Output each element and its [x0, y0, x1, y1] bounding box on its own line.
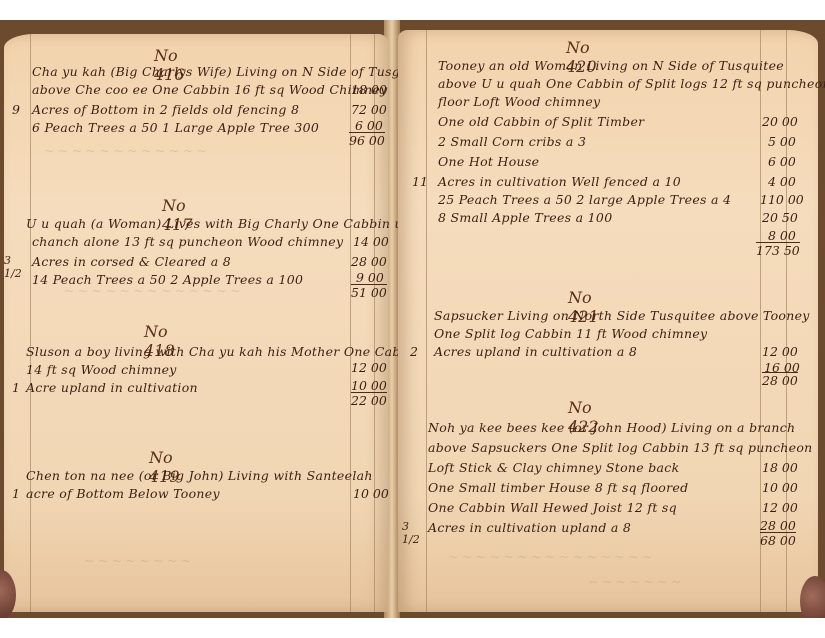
acreage: 1: [12, 380, 20, 395]
bleed-through-text: ~ ~ ~ ~ ~ ~ ~ ~ ~ ~ ~ ~: [44, 144, 207, 158]
acreage: 3 1/2: [402, 520, 420, 546]
amount: 10 00: [762, 480, 798, 495]
margin-rule: [426, 30, 427, 612]
entry-line: Loft Stick & Clay chimney Stone back: [428, 460, 679, 475]
entry-line: Acres of Bottom in 2 fields old fencing …: [32, 102, 299, 117]
amount: 10 00: [353, 486, 389, 501]
amount: 8 00: [768, 228, 796, 243]
entry-line: Noh ya kee bees kee (or John Hood) Livin…: [428, 420, 795, 435]
entry-line: 14 ft sq Wood chimney: [26, 362, 177, 377]
entry-line: Chen ton na nee (or Big John) Living wit…: [26, 468, 373, 483]
amount: 20 50: [762, 210, 798, 225]
entry-line: One Split log Cabbin 11 ft Wood chimney: [434, 326, 707, 341]
entry-line: Acres in cultivation Well fenced a 10: [438, 174, 681, 189]
entry-line: One Cabbin Wall Hewed Joist 12 ft sq: [428, 500, 677, 515]
amount: 10 00: [351, 378, 387, 393]
acreage: 11: [412, 174, 428, 189]
entry-line: Tooney an old Woman Living on N Side of …: [438, 58, 784, 73]
left-page: ~ ~ ~ ~ ~ ~ ~ ~ ~ ~ ~ ~ ~ ~ ~ ~ ~ ~ ~ ~ …: [4, 34, 388, 612]
right-page: ~ ~ ~ ~ ~ ~ ~ ~ ~ ~ ~ ~ ~ ~ ~ ~ ~ ~ ~ ~ …: [398, 30, 818, 612]
entry-line: Acres upland in cultivation a 8: [434, 344, 637, 359]
entry-line: Sluson a boy living with Cha yu kah his …: [26, 344, 422, 359]
bleed-through-text: ~ ~ ~ ~ ~ ~ ~ ~: [84, 554, 191, 568]
acreage: 1: [12, 486, 20, 501]
entry-total: 173 50: [756, 242, 800, 258]
amount: 110 00: [760, 192, 804, 207]
entry-line: U u quah (a Woman) Lives with Big Charly…: [26, 216, 411, 231]
entry-line: 6 Peach Trees a 50 1 Large Apple Tree 30…: [32, 120, 319, 135]
acreage: 3 1/2: [4, 254, 22, 280]
entry-line: chanch alone 13 ft sq puncheon Wood chim…: [32, 234, 343, 249]
amount: 72 00: [351, 102, 387, 117]
entry-line: One old Cabbin of Split Timber: [438, 114, 644, 129]
entry-line: floor Loft Wood chimney: [438, 94, 600, 109]
amount: 6 00: [355, 118, 383, 133]
dollar-column-rule: [350, 34, 351, 612]
entry-line: 14 Peach Trees a 50 2 Apple Trees a 100: [32, 272, 303, 287]
amount: 18 00: [351, 82, 387, 97]
amount: 28 00: [351, 254, 387, 269]
entry-line: 2 Small Corn cribs a 3: [438, 134, 586, 149]
ledger-photo: ~ ~ ~ ~ ~ ~ ~ ~ ~ ~ ~ ~ ~ ~ ~ ~ ~ ~ ~ ~ …: [0, 20, 825, 618]
amount: 5 00: [768, 134, 796, 149]
amount: 9 00: [356, 270, 384, 285]
entry-total: 68 00: [760, 532, 796, 548]
amount: 14 00: [353, 234, 389, 249]
entry-line: above Sapsuckers One Split log Cabbin 13…: [428, 440, 813, 455]
amount: 6 00: [768, 154, 796, 169]
bleed-through-text: ~ ~ ~ ~ ~ ~ ~ ~ ~ ~ ~ ~ ~ ~ ~: [448, 550, 652, 564]
entry-line: 25 Peach Trees a 50 2 large Apple Trees …: [438, 192, 731, 207]
entry-total: 51 00: [351, 284, 387, 300]
entry-total: 28 00: [762, 372, 798, 388]
amount: 20 00: [762, 114, 798, 129]
amount: 4 00: [768, 174, 796, 189]
entry-line: above Che coo ee One Cabbin 16 ft sq Woo…: [32, 82, 388, 97]
entry-line: Acres in cultivation upland a 8: [428, 520, 631, 535]
entry-total: 22 00: [351, 392, 387, 408]
entry-line: 8 Small Apple Trees a 100: [438, 210, 612, 225]
bleed-through-text: ~ ~ ~ ~ ~ ~ ~: [588, 575, 681, 589]
amount: 18 00: [762, 460, 798, 475]
entry-line: One Small timber House 8 ft sq floored: [428, 480, 688, 495]
acreage: 9: [12, 102, 20, 117]
amount: 12 00: [351, 360, 387, 375]
amount: 12 00: [762, 344, 798, 359]
amount: 28 00: [760, 518, 796, 533]
entry-line: Sapsucker Living on North Side Tusquitee…: [434, 308, 810, 323]
amount: 12 00: [762, 500, 798, 515]
right-thumb: [800, 576, 825, 618]
entry-total: 96 00: [349, 132, 385, 148]
entry-line: Acres in corsed & Cleared a 8: [32, 254, 231, 269]
entry-line: Acre upland in cultivation: [26, 380, 198, 395]
margin-rule: [30, 34, 31, 612]
entry-line: acre of Bottom Below Tooney: [26, 486, 220, 501]
entry-line: One Hot House: [438, 154, 539, 169]
entry-line: Cha yu kah (Big Charlys Wife) Living on …: [32, 64, 424, 79]
acreage: 2: [410, 344, 418, 359]
entry-line: above U u quah One Cabbin of Split logs …: [438, 76, 825, 91]
